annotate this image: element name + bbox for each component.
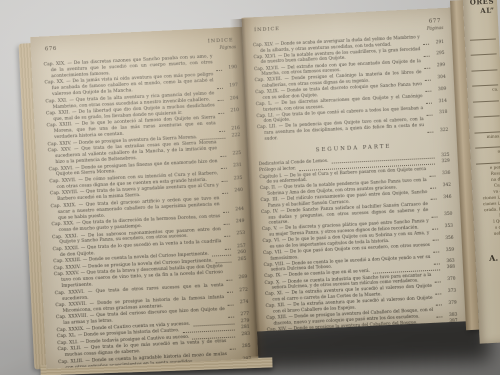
entry-page-number: 265 [233,257,246,264]
entry-page-number: 370 [442,277,455,283]
dotted-leader [218,113,224,114]
dotted-leader [218,100,224,101]
entry-page-number: 285 [238,344,251,351]
entry-page-number: 353 [440,224,453,230]
left-folio: 676 [45,46,57,53]
dotted-leader [425,91,431,92]
entry-page-number: 356 [440,235,453,241]
dotted-leader [433,240,439,241]
dotted-leader [222,193,228,194]
dotted-leader [224,236,230,237]
entry-page-number: 359 [441,247,454,253]
open-book: 676 ÍNDICE Páginas Cap. XIX. — De las di… [18,1,500,375]
entry-page-number: 269 [234,275,247,282]
dotted-leader [433,252,439,253]
dotted-leader [431,199,437,200]
entry-page-number: 314 [434,98,447,104]
right-folio: 677 [429,18,441,25]
dotted-leader [227,292,233,293]
entry-page-number: 373 [443,289,456,295]
entry-page-number: 291 [431,40,444,46]
dotted-leader [222,181,228,182]
dotted-leader [225,248,231,249]
right-page: ÍNDICE 677 Páginas Cap. XLV. — Donde se … [242,8,467,332]
entry-page-number: 318 [434,110,447,116]
cover-title-fragment: AL” [468,5,494,15]
entry-page-number: 391 [445,330,458,331]
dotted-leader [212,255,231,257]
dotted-leader [427,132,433,133]
entry-page-number: 295 [431,51,444,57]
entry-page-number: 253 [232,231,245,238]
side-rule-row [474,117,500,133]
side-page-rows: ca.minas.a.e per-Rosa-na deCar-va elcion… [469,24,500,237]
entry-page-number: 322 [435,128,448,134]
dotted-leader [224,224,230,225]
side-rule-row [471,71,498,87]
right-running-title: ÍNDICE [254,26,280,33]
dotted-leader [226,280,232,281]
photo-background: 676 ÍNDICE Páginas Cap. XIX. — De las di… [0,0,500,375]
dotted-leader [431,216,437,217]
side-rule-row: ca. [472,86,499,102]
dotted-leader [434,263,440,264]
dotted-leader [219,131,225,132]
dotted-leader [228,317,234,318]
dotted-leader [221,168,227,169]
entry-page-number: 342 [438,183,451,189]
dotted-leader [432,228,438,229]
dotted-leader [216,261,232,263]
dotted-leader [425,79,431,80]
side-page-footer: A. [480,252,500,263]
right-toc-entries-part2: Capítulo I. — De lo que el Cura y el Bar… [259,165,458,331]
left-toc-entries: Cap. XIX. — De las discretas razones que… [44,53,252,369]
dotted-leader [435,281,441,282]
side-rule-row: minas. [475,133,500,149]
dotted-leader [436,317,442,318]
dotted-leader [217,88,223,89]
entry-page-number: 190 [224,65,237,72]
dotted-leader [426,103,432,104]
dotted-leader [424,56,430,57]
dotted-leader [436,305,442,306]
side-rule-row [473,102,500,118]
entry-page-number: 387 [445,318,458,324]
dotted-leader [427,115,433,116]
dotted-leader [430,187,436,188]
entry-page-number: 336 [437,171,450,177]
entry-page-number: 225 [228,151,241,158]
dotted-leader [216,70,222,71]
dotted-leader [228,304,234,305]
dotted-leader [424,67,430,68]
entry-page-number: 235 [229,176,242,183]
entry-page-number: 329 [437,159,450,165]
right-toc-entries-part1: Cap. XLV. — Donde se acaba de averiguar … [253,34,449,142]
entry-page-number: 368 [442,265,455,271]
entry-page-number: 299 [432,63,445,69]
entry-page-number: 231 [229,163,242,170]
entry-page-number: 210 [226,108,239,115]
side-rule-row: a. [475,148,500,164]
entry-page-number: 249 [231,219,244,226]
dotted-leader [421,323,443,325]
entry-page-number: 379 [444,300,457,306]
entry-page-number: 222 [227,133,240,140]
dotted-leader [435,293,441,294]
dotted-leader [220,156,226,157]
dotted-leader [423,44,429,45]
entry-page-number: 240 [230,188,243,195]
entry-page-number: 346 [438,195,451,201]
entry-page-number: 309 [433,87,446,93]
dotted-leader [429,175,435,176]
side-text-fragment: ueblo [479,230,500,237]
entry-page-number: 350 [439,212,452,218]
entry-page-number: 274 [235,300,248,307]
side-text-fragment: orada. IV. La [478,206,500,219]
entry-page-number: 216 [227,126,240,133]
dotted-leader [230,349,236,350]
entry-page-number: 204 [225,96,238,103]
side-rule-row [469,24,496,40]
dotted-leader [223,211,229,212]
left-page: 676 ÍNDICE Páginas Cap. XIX. — De las di… [30,27,258,369]
side-rule-row [471,55,498,71]
entry-page-number: 197 [225,83,238,90]
entry-page-number: 272 [235,287,248,294]
entry-page-number: 304 [433,75,446,81]
side-rule-row [470,40,497,56]
entry-page-number: 283 [237,332,250,339]
entry-page-number: 244 [231,207,244,214]
